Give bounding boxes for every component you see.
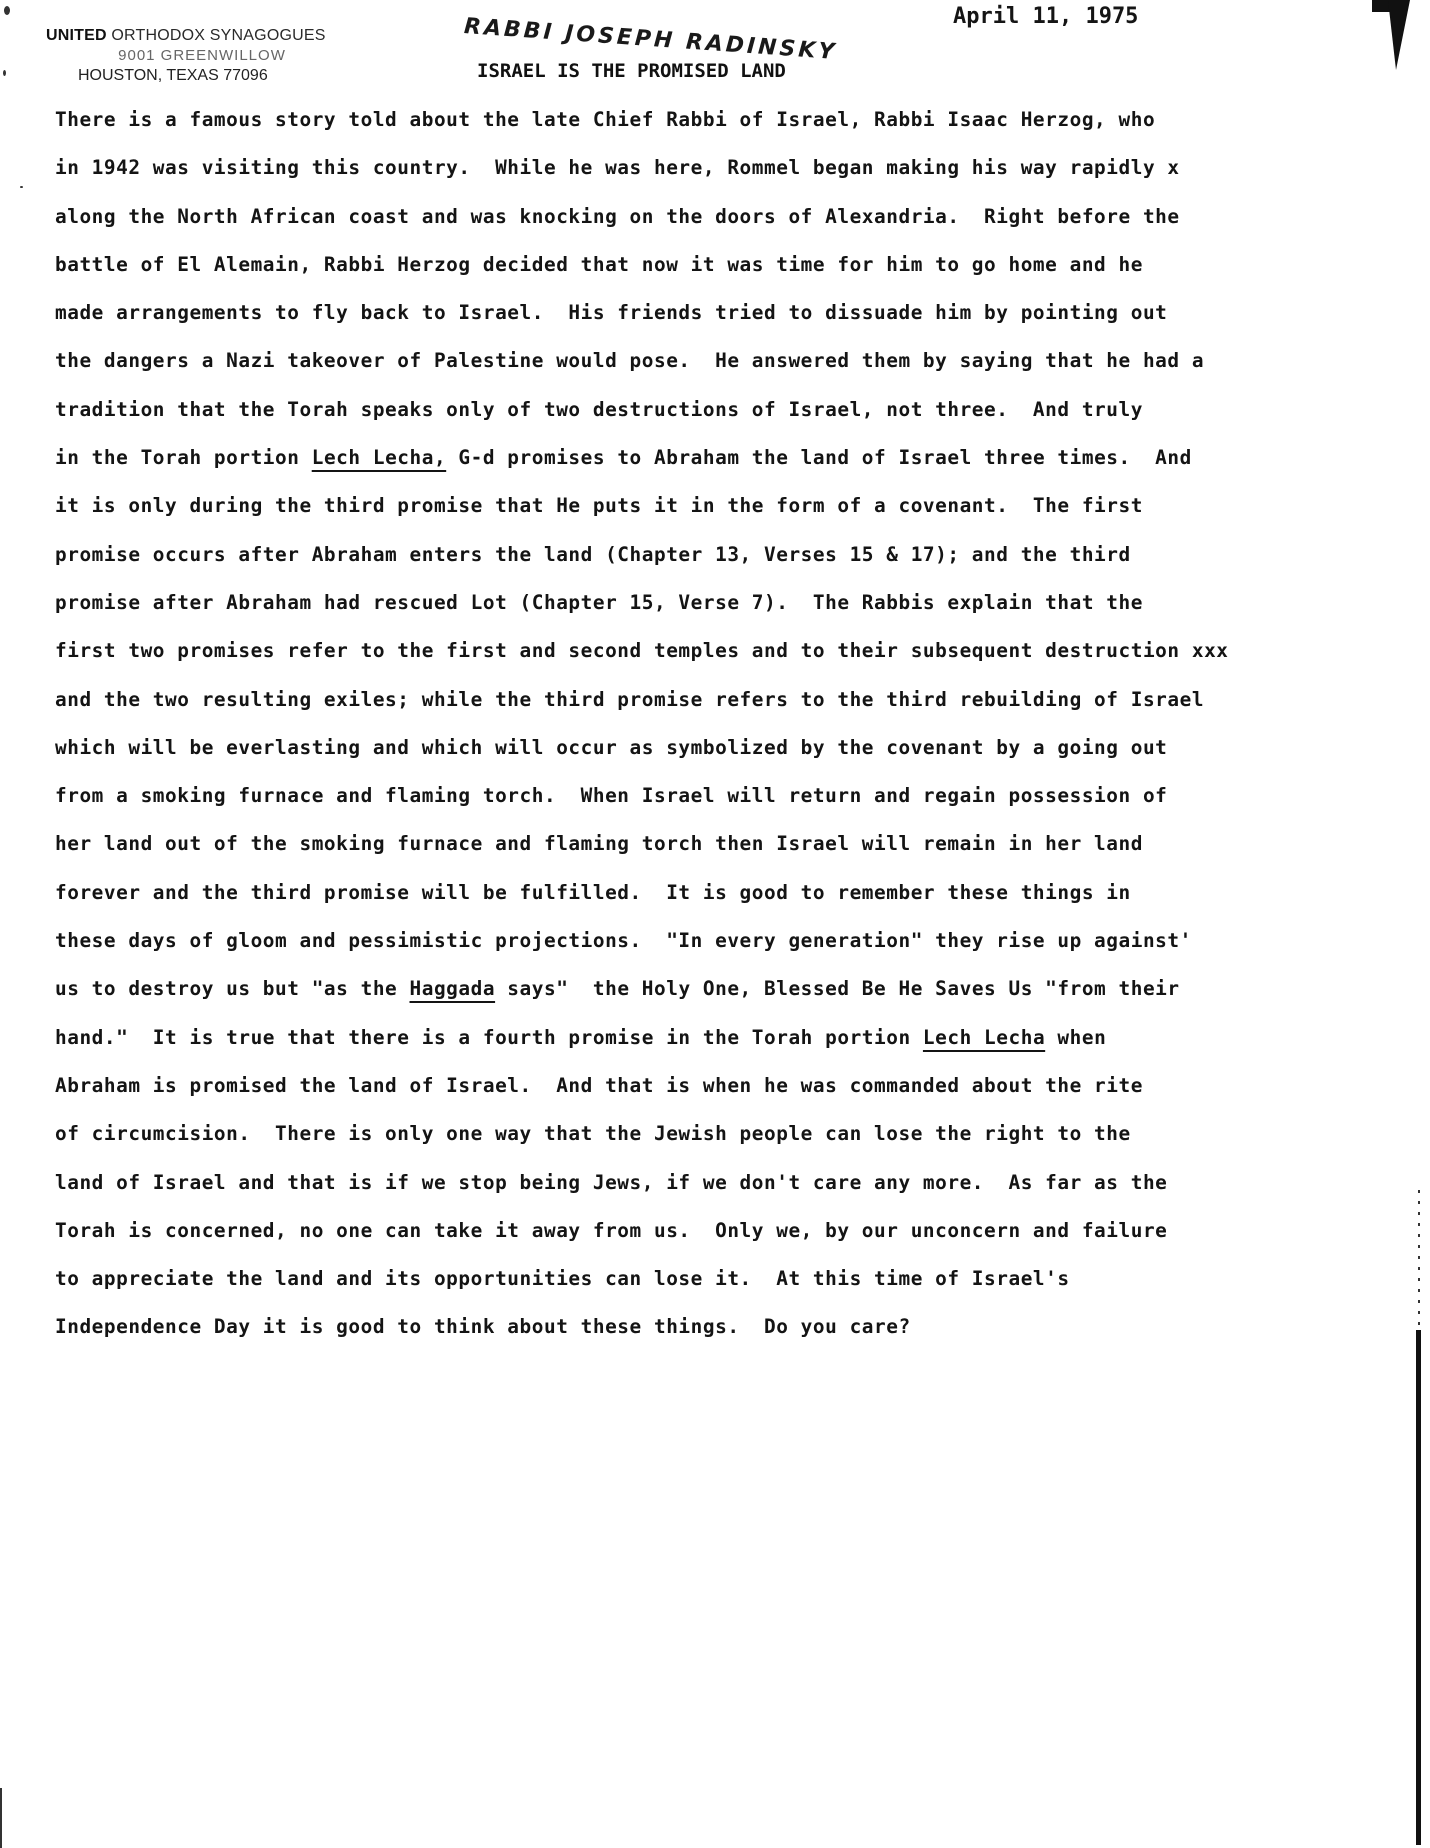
text-line: in the Torah portion Lech Lecha, G-d pro… xyxy=(55,434,1385,482)
text-line: Torah is concerned, no one can take it a… xyxy=(55,1207,1385,1255)
text-line: forever and the third promise will be fu… xyxy=(55,869,1385,917)
text-line: us to destroy us but "as the Haggada say… xyxy=(55,965,1385,1013)
text-line: in 1942 was visiting this country. While… xyxy=(55,144,1385,192)
text-line: battle of El Alemain, Rabbi Herzog decid… xyxy=(55,241,1385,289)
scan-speck xyxy=(3,70,6,76)
text-line: promise occurs after Abraham enters the … xyxy=(55,531,1385,579)
text-line: along the North African coast and was kn… xyxy=(55,193,1385,241)
text-line: made arrangements to fly back to Israel.… xyxy=(55,289,1385,337)
text-line: to appreciate the land and its opportuni… xyxy=(55,1255,1385,1303)
text-line: her land out of the smoking furnace and … xyxy=(55,820,1385,868)
handwritten-signature: RABBI JOSEPH RADINSKY xyxy=(463,14,838,65)
document-date: April 11, 1975 xyxy=(953,4,1138,29)
text-line: Abraham is promised the land of Israel. … xyxy=(55,1062,1385,1110)
text-line: land of Israel and that is if we stop be… xyxy=(55,1159,1385,1207)
letterhead-organization: UNITED ORTHODOX SYNAGOGUES xyxy=(46,26,346,46)
text-line: the dangers a Nazi takeover of Palestine… xyxy=(55,337,1385,385)
text-line: Independence Day it is good to think abo… xyxy=(55,1303,1385,1351)
scan-margin-bar-right xyxy=(1416,1330,1421,1845)
letterhead-city: HOUSTON, TEXAS 77096 xyxy=(46,66,346,86)
text-line: from a smoking furnace and flaming torch… xyxy=(55,772,1385,820)
text-line: and the two resulting exiles; while the … xyxy=(55,676,1385,724)
letterhead: UNITED ORTHODOX SYNAGOGUES 9001 GREENWIL… xyxy=(46,26,346,86)
letterhead-street: 9001 GREENWILLOW xyxy=(46,46,346,66)
scan-margin-bar-left xyxy=(0,1788,2,1848)
text-line: promise after Abraham had rescued Lot (C… xyxy=(55,579,1385,627)
scan-margin-dots xyxy=(1418,1190,1420,1330)
text-line: There is a famous story told about the l… xyxy=(55,96,1385,144)
text-line: first two promises refer to the first an… xyxy=(55,627,1385,675)
letterhead-org-bold: UNITED xyxy=(46,27,107,44)
text-segment: G-d promises to Abraham the land of Isra… xyxy=(446,446,1192,469)
scan-mark-top-right xyxy=(1388,0,1410,70)
text-segment: us to destroy us but "as the xyxy=(55,977,410,1000)
text-line: of circumcision. There is only one way t… xyxy=(55,1110,1385,1158)
text-line: it is only during the third promise that… xyxy=(55,482,1385,530)
document-body: There is a famous story told about the l… xyxy=(55,96,1385,1352)
underlined-term: Lech Lecha, xyxy=(312,446,446,469)
text-line: these days of gloom and pessimistic proj… xyxy=(55,917,1385,965)
text-segment: when xyxy=(1045,1026,1106,1049)
underlined-term: Haggada xyxy=(410,977,496,1000)
text-segment: says" the Holy One, Blessed Be He Saves … xyxy=(495,977,1180,1000)
text-segment: hand." It is true that there is a fourth… xyxy=(55,1026,923,1049)
underlined-term: Lech Lecha xyxy=(923,1026,1045,1049)
text-line: hand." It is true that there is a fourth… xyxy=(55,1014,1385,1062)
text-segment: in the Torah portion xyxy=(55,446,312,469)
letterhead-org-rest: ORTHODOX SYNAGOGUES xyxy=(107,27,326,44)
scan-speck xyxy=(20,186,23,188)
text-line: which will be everlasting and which will… xyxy=(55,724,1385,772)
text-line: tradition that the Torah speaks only of … xyxy=(55,386,1385,434)
document-title: ISRAEL IS THE PROMISED LAND xyxy=(477,60,786,82)
scan-speck xyxy=(4,6,10,15)
